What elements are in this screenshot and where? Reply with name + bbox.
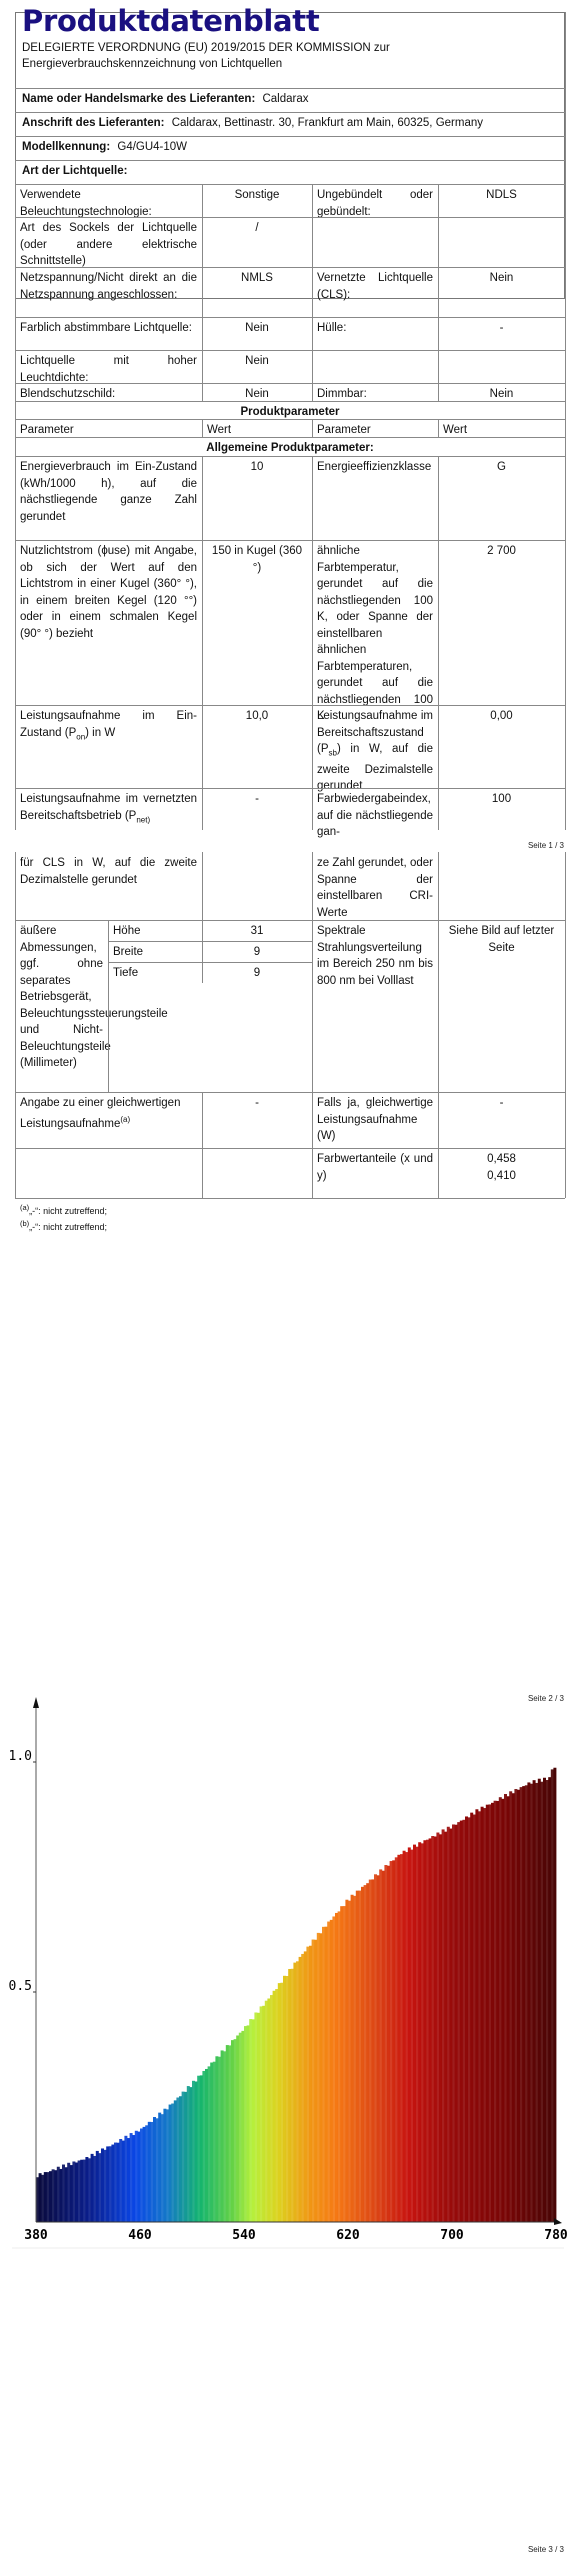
- spectrum-bar: [244, 2026, 247, 2222]
- page-title: Produktdatenblatt: [22, 4, 319, 38]
- spectrum-bar: [184, 2092, 187, 2222]
- table-rule: [312, 788, 313, 830]
- spectrum-bar: [364, 1885, 367, 2222]
- spectrum-bar: [236, 2035, 239, 2222]
- spectrum-bar: [340, 1906, 343, 2222]
- spectrum-bar: [127, 2138, 130, 2222]
- spectrum-bar: [312, 1940, 315, 2222]
- spectrum-bar: [455, 1825, 458, 2222]
- table-rule: [438, 456, 439, 540]
- page-number-1: Seite 1 / 3: [528, 841, 564, 850]
- spectrum-bar: [423, 1840, 426, 2222]
- spectrum-bar: [299, 1957, 302, 2222]
- spectrum-bar: [306, 1947, 309, 2222]
- table-rule: [312, 419, 313, 437]
- page-number-3: Seite 3 / 3: [528, 2545, 564, 2554]
- spectrum-bar: [553, 1768, 556, 2222]
- general-parameters-title: Allgemeine Produktparameter:: [15, 440, 565, 457]
- spectrum-bar: [488, 1804, 491, 2222]
- table-rule: [15, 540, 565, 541]
- spectrum-bar: [301, 1954, 304, 2222]
- x-axis-arrow-icon: [554, 2218, 562, 2225]
- spectrum-bar: [187, 2086, 190, 2222]
- param-name: Nutzlichtstrom (ϕuse) mit Angabe, ob sic…: [15, 543, 202, 708]
- spectrum-bar: [210, 2063, 213, 2222]
- table-rule: [202, 350, 203, 383]
- spectrum-bar: [369, 1880, 372, 2222]
- spectrum-bar: [96, 2151, 99, 2222]
- spectrum-bar: [395, 1857, 398, 2222]
- chromaticity-label: Farbwertanteile (x und y): [312, 1151, 438, 1201]
- light-source-param-2: [312, 220, 438, 270]
- table-rule: [312, 184, 313, 217]
- table-rule: [312, 267, 313, 317]
- light-source-value-2: Nein: [438, 270, 565, 320]
- spectrum-bar: [70, 2165, 73, 2222]
- spectral-distribution-value: Siehe Bild auf letzter Seite: [438, 923, 565, 1095]
- spectrum-bar: [267, 1999, 270, 2222]
- spectrum-bar: [332, 1916, 335, 2222]
- spectrum-bar: [338, 1911, 341, 2222]
- spectrum-bar: [189, 2087, 192, 2222]
- spectrum-bar: [174, 2100, 177, 2222]
- param-name-2: Leistungsaufnahme im Bereitschaftszustan…: [312, 708, 438, 791]
- table-rule: [438, 350, 439, 383]
- spectrum-bar: [434, 1837, 437, 2222]
- dimension-value: 31: [202, 923, 312, 940]
- spectrum-bar: [447, 1827, 450, 2222]
- table-rule: [438, 788, 439, 830]
- spectrum-bar: [59, 2169, 62, 2222]
- spectrum-bar: [221, 2050, 224, 2222]
- spectrum-bar: [179, 2096, 182, 2222]
- table-rule: [202, 217, 203, 267]
- spectrum-bar: [348, 1901, 351, 2222]
- spectrum-bar: [143, 2127, 146, 2222]
- table-rule: [15, 383, 565, 384]
- table-rule: [438, 419, 439, 437]
- spectrum-bar: [382, 1871, 385, 2222]
- table-rule: [438, 383, 439, 401]
- table-rule: [312, 350, 313, 383]
- spectrum-bar: [486, 1805, 489, 2222]
- spectrum-bar: [431, 1836, 434, 2222]
- spectrum-bar: [182, 2092, 185, 2222]
- param-value: 150 in Kugel (360 °): [202, 543, 312, 708]
- light-source-param: Lichtquelle mit hoher Leuchtdichte:: [15, 353, 202, 386]
- table-rule: [15, 705, 565, 706]
- spectrum-bar: [135, 2131, 138, 2222]
- spectrum-bar: [522, 1786, 525, 2222]
- spectrum-bar: [265, 2001, 268, 2222]
- spectrum-bar: [169, 2105, 172, 2222]
- spectrum-bar: [241, 2031, 244, 2222]
- spectrum-bar: [525, 1785, 528, 2222]
- light-source-value: Nein: [202, 320, 312, 353]
- spectrum-bar: [75, 2163, 78, 2222]
- spectrum-bar: [91, 2154, 94, 2222]
- light-source-param: Farblich abstimmbare Lichtquelle:: [15, 320, 202, 353]
- spectrum-bar: [361, 1887, 364, 2222]
- regulation-text: DELEGIERTE VERORDNUNG (EU) 2019/2015 DER…: [22, 40, 552, 72]
- param-name: Leistungsaufnahme im vernetzten Bereitsc…: [15, 791, 202, 833]
- spectrum-bar: [249, 2019, 252, 2222]
- spectral-distribution-chart: 0.51.0380460540620700780: [0, 1690, 576, 2270]
- table-rule: [202, 184, 203, 217]
- spectrum-bar: [156, 2118, 159, 2222]
- spectrum-bar: [270, 1995, 273, 2222]
- spectrum-bar: [153, 2117, 156, 2222]
- spectrum-bar: [358, 1891, 361, 2222]
- spectrum-bar: [137, 2132, 140, 2222]
- spectrum-bar: [418, 1842, 421, 2222]
- light-source-value: Sonstige: [202, 187, 312, 220]
- x-tick-label: 620: [336, 2228, 360, 2243]
- table-rule: [438, 217, 439, 267]
- spectrum-bar: [377, 1875, 380, 2222]
- spectrum-bar: [275, 1989, 278, 2222]
- spectrum-bar: [366, 1883, 369, 2222]
- spectrum-bar: [80, 2160, 83, 2222]
- spectrum-bar: [400, 1854, 403, 2222]
- spectrum-bar: [122, 2141, 125, 2222]
- spectrum-bar: [288, 1969, 291, 2222]
- light-source-value-2: [438, 353, 565, 386]
- table-rule: [202, 317, 203, 350]
- spectrum-bar: [98, 2153, 101, 2222]
- spectrum-bar: [473, 1815, 476, 2222]
- spectrum-bar: [533, 1780, 536, 2222]
- table-rule: [438, 540, 439, 705]
- spectrum-bar: [57, 2167, 60, 2222]
- param-name-2: ähnliche Farbtemperatur, gerundet auf di…: [312, 543, 438, 708]
- spectrum-bar: [507, 1796, 510, 2222]
- spectrum-bar: [317, 1933, 320, 2222]
- table-rule: [15, 456, 565, 457]
- param-value-2: 2 700: [438, 543, 565, 708]
- equivalent-power-value: -: [202, 1095, 312, 1151]
- dimension-name: Tiefe: [108, 965, 202, 982]
- equivalent-power-w-value: -: [438, 1095, 565, 1151]
- dimension-value: 9: [202, 944, 312, 961]
- x-tick-label: 540: [232, 2228, 256, 2243]
- x-tick-label: 700: [440, 2228, 464, 2243]
- spectrum-bar: [163, 2109, 166, 2222]
- table-rule: [15, 920, 565, 921]
- spectrum-bar: [442, 1829, 445, 2222]
- table-rule: [15, 217, 565, 218]
- param-value: 10,0: [202, 708, 312, 791]
- spectrum-bar: [546, 1780, 549, 2222]
- supplier-name-row: Name oder Handelsmarke des Lieferanten: …: [22, 91, 309, 108]
- spectrum-bar: [325, 1927, 328, 2222]
- spectrum-bar: [223, 2051, 226, 2222]
- spectrum-bar: [512, 1793, 515, 2222]
- spectrum-bar: [158, 2113, 161, 2222]
- spectrum-bar: [291, 1969, 294, 2222]
- spectrum-bar: [460, 1821, 463, 2222]
- spectrum-bar: [374, 1874, 377, 2222]
- spectrum-bar: [252, 2019, 255, 2222]
- spectrum-bar: [387, 1866, 390, 2222]
- spectrum-bar: [226, 2045, 229, 2222]
- spectrum-bar: [171, 2104, 174, 2222]
- spectrum-bar: [421, 1843, 424, 2222]
- spectrum-bar: [83, 2160, 86, 2222]
- param-value-2: 0,00: [438, 708, 565, 791]
- spectrum-bar: [296, 1961, 299, 2222]
- table-rule: [438, 852, 439, 920]
- spectrum-bar: [449, 1829, 452, 2222]
- spectrum-bar: [457, 1822, 460, 2222]
- light-source-param: Verwendete Beleuchtungstechnologie:: [15, 187, 202, 220]
- spectrum-bar: [62, 2165, 65, 2222]
- spectrum-bar: [67, 2163, 70, 2222]
- spectrum-bar: [504, 1794, 507, 2222]
- spectrum-bar: [535, 1783, 538, 2222]
- spectrum-bar: [304, 1951, 307, 2222]
- spectrum-bar: [93, 2156, 96, 2222]
- spectrum-bar: [429, 1838, 432, 2222]
- spectrum-bar: [501, 1799, 504, 2222]
- spectrum-bar: [520, 1787, 523, 2222]
- spectrum-bar: [345, 1900, 348, 2222]
- light-source-value: /: [202, 220, 312, 270]
- spectrum-bar: [293, 1963, 296, 2222]
- footnote-item: (a)„-“: nicht zutreffend;: [20, 1203, 107, 1216]
- spectrum-bar: [111, 2145, 114, 2222]
- spectrum-bar: [200, 2075, 203, 2222]
- spectrum-bar: [197, 2076, 200, 2222]
- spectrum-bar: [403, 1851, 406, 2222]
- model-value: G4/GU4-10W: [117, 141, 187, 153]
- spectrum-bar: [114, 2143, 117, 2222]
- table-rule: [438, 267, 439, 317]
- chromaticity-value: 0,4580,410: [438, 1151, 565, 1201]
- y-tick-label: 0.5: [9, 1979, 32, 1994]
- spectrum-bar: [101, 2148, 104, 2222]
- spectrum-bar: [260, 2006, 263, 2222]
- table-rule: [15, 437, 565, 438]
- light-source-value: Nein: [202, 353, 312, 386]
- light-source-param-2: Hülle:: [312, 320, 438, 353]
- table-rule: [202, 852, 203, 920]
- light-source-param-2: Ungebündelt oder gebündelt:: [312, 187, 438, 220]
- spectrum-bar: [551, 1769, 554, 2222]
- table-rule: [202, 267, 203, 317]
- model-label: Modellkennung:: [22, 141, 110, 153]
- supplier-name-label: Name oder Handelsmarke des Lieferanten:: [22, 93, 255, 105]
- table-rule: [15, 350, 565, 351]
- spectrum-bar: [426, 1840, 429, 2222]
- spectrum-bar: [322, 1927, 325, 2222]
- spectrum-bar: [314, 1940, 317, 2222]
- spectrum-bar: [483, 1808, 486, 2222]
- spectrum-bar: [140, 2128, 143, 2222]
- param-value: 10: [202, 459, 312, 543]
- x-tick-label: 380: [24, 2228, 48, 2243]
- spectrum-bar: [413, 1845, 416, 2222]
- spectrum-bar: [39, 2173, 42, 2222]
- spectrum-bar: [390, 1861, 393, 2222]
- spectrum-bar: [465, 1816, 468, 2222]
- spectrum-bar: [192, 2081, 195, 2222]
- dimension-name: Höhe: [108, 923, 202, 940]
- spectrum-bar: [273, 1991, 276, 2222]
- light-source-value: NMLS: [202, 270, 312, 320]
- spectrum-bar: [540, 1782, 543, 2222]
- spectrum-bar: [117, 2143, 120, 2222]
- spectrum-bar: [470, 1813, 473, 2222]
- table-rule: [15, 1148, 565, 1149]
- spectrum-bar: [109, 2146, 112, 2222]
- table-rule: [15, 788, 565, 789]
- spectrum-bar: [330, 1920, 333, 2222]
- spectrum-bar: [119, 2139, 122, 2222]
- spectrum-bar: [444, 1832, 447, 2222]
- spectrum-bar: [319, 1933, 322, 2222]
- spectrum-bar: [257, 2013, 260, 2222]
- spectrum-bar: [496, 1801, 499, 2222]
- spectrum-bar: [517, 1790, 520, 2222]
- spectrum-bar: [494, 1801, 497, 2222]
- table-rule: [15, 1092, 565, 1093]
- spectrum-bar: [132, 2135, 135, 2222]
- dimensions-label: äußere Abmessungen, ggf. ohne separates …: [15, 923, 108, 1072]
- spectrum-bar: [104, 2150, 107, 2222]
- table-rule: [108, 962, 312, 963]
- spectrum-bar: [176, 2098, 179, 2222]
- table-rule: [565, 852, 566, 1198]
- spectrum-bar: [130, 2133, 133, 2222]
- spectrum-bar: [231, 2040, 234, 2222]
- spectrum-bar: [439, 1834, 442, 2222]
- spectrum-bar: [335, 1913, 338, 2222]
- spectrum-bar: [46, 2172, 49, 2222]
- spectrum-bar: [384, 1865, 387, 2222]
- table-rule: [202, 456, 203, 540]
- dimension-value: 9: [202, 965, 312, 982]
- table-rule: [202, 705, 203, 788]
- spectrum-bar: [41, 2175, 44, 2222]
- spectrum-bar: [530, 1784, 533, 2222]
- table-rule: [202, 1092, 203, 1198]
- dimension-name: Breite: [108, 944, 202, 961]
- y-tick-label: 1.0: [9, 1749, 32, 1764]
- spectrum-bar: [218, 2057, 221, 2222]
- spectrum-bar: [234, 2039, 237, 2222]
- light-source-param: Art des Sockels der Lichtquelle (oder an…: [15, 220, 202, 270]
- param-value: -: [202, 791, 312, 833]
- spectrum-bar: [283, 1976, 286, 2222]
- spectrum-bar: [468, 1817, 471, 2222]
- light-source-param-2: Vernetzte Lichtquelle (CLS):: [312, 270, 438, 320]
- param-value-2: G: [438, 459, 565, 543]
- footnote-item: (b)„-“: nicht zutreffend;: [20, 1219, 107, 1232]
- equivalent-power-w-label: Falls ja, gleichwertige Leistungsaufnahm…: [312, 1095, 438, 1151]
- spectrum-bar: [205, 2069, 208, 2222]
- table-rule: [438, 317, 439, 350]
- spectrum-bar: [514, 1789, 517, 2222]
- spectrum-bar: [286, 1976, 289, 2222]
- spectrum-bar: [548, 1777, 551, 2222]
- spectrum-bar: [452, 1824, 455, 2222]
- supplier-address-value: Caldarax, Bettinastr. 30, Frankfurt am M…: [172, 117, 483, 129]
- table-rule: [312, 383, 313, 401]
- spectrum-bar: [543, 1778, 546, 2222]
- table-rule: [312, 217, 313, 267]
- spectrum-bar: [478, 1811, 481, 2222]
- spectrum-bar: [509, 1791, 512, 2222]
- light-source-value-2: -: [438, 320, 565, 353]
- table-rule: [15, 184, 565, 185]
- spectrum-bar: [475, 1809, 478, 2222]
- spectrum-bar: [392, 1860, 395, 2222]
- supplier-address-label: Anschrift des Lieferanten:: [22, 117, 165, 129]
- light-source-type-label: Art der Lichtquelle:: [22, 163, 127, 180]
- equivalent-power-label: Angabe zu einer gleichwertigen Leistungs…: [15, 1095, 215, 1151]
- table-rule: [202, 920, 203, 983]
- spectrum-bar: [124, 2136, 127, 2222]
- table-rule: [312, 705, 313, 788]
- table-rule: [565, 12, 566, 830]
- spectrum-bar: [78, 2160, 81, 2222]
- spectrum-bar: [72, 2161, 75, 2222]
- param-name-2: Farbwiedergabeindex, auf die nächstliege…: [312, 791, 438, 833]
- param-name-continued: für CLS in W, auf die zweite Dezimalstel…: [15, 855, 202, 923]
- spectrum-bar: [213, 2062, 216, 2222]
- spectrum-bar: [247, 2025, 250, 2222]
- table-rule: [312, 540, 313, 705]
- table-rule: [202, 419, 203, 437]
- spectrum-bar: [343, 1906, 346, 2222]
- spectrum-bar: [527, 1782, 530, 2222]
- spectral-distribution-label: Spektrale Strahlungsverteilung im Bereic…: [312, 923, 438, 1095]
- spectrum-bar: [85, 2157, 88, 2222]
- spectrum-bar: [353, 1896, 356, 2222]
- spectrum-bar: [65, 2167, 68, 2222]
- spectrum-bar: [278, 1983, 281, 2222]
- supplier-address-row: Anschrift des Lieferanten: Caldarax, Bet…: [22, 115, 483, 132]
- x-tick-label: 460: [128, 2228, 152, 2243]
- param-name-2: Energieeffizienzklasse: [312, 459, 438, 543]
- spectrum-bar: [148, 2122, 151, 2222]
- spectrum-bar: [538, 1779, 541, 2222]
- table-rule: [312, 317, 313, 350]
- spectrum-bar: [262, 2006, 265, 2222]
- table-rule: [108, 941, 312, 942]
- spectrum-bar: [499, 1797, 502, 2222]
- spectrum-bar: [481, 1807, 484, 2222]
- table-rule: [15, 317, 565, 318]
- spectrum-bar: [161, 2114, 164, 2222]
- param-name: Leistungsaufnahme im Ein-Zustand (Pon) i…: [15, 708, 202, 791]
- supplier-name-value: Caldarax: [262, 93, 308, 105]
- spectrum-bar: [462, 1820, 465, 2222]
- spectrum-bar: [54, 2170, 57, 2222]
- light-source-value-2: NDLS: [438, 187, 565, 220]
- spectrum-bar: [254, 2012, 257, 2222]
- table-rule: [202, 383, 203, 401]
- table-rule: [438, 705, 439, 788]
- spectrum-bar: [416, 1847, 419, 2222]
- y-axis-arrow-icon: [33, 1697, 39, 1708]
- spectrum-bar: [49, 2171, 52, 2222]
- spectrum-bar: [195, 2082, 198, 2222]
- model-row: Modellkennung: G4/GU4-10W: [22, 139, 187, 156]
- table-rule: [15, 267, 565, 268]
- table-rule: [15, 419, 565, 420]
